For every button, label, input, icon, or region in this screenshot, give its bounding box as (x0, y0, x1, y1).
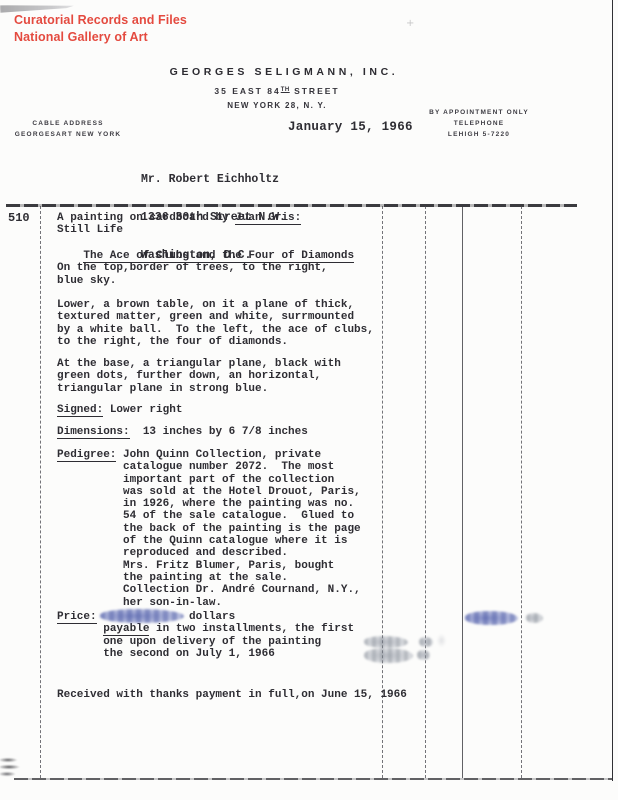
letter-date: January 15, 1966 (288, 120, 413, 134)
redaction-mark (465, 611, 518, 625)
paragraph: Lower, a brown table, on it a plane of t… (57, 299, 374, 348)
margin-lot-number: 510 (8, 211, 30, 225)
paragraph: A painting on cardboard by Juan Gris:Sti… (57, 212, 301, 237)
letterhead-company: GEORGES SELIGMANN, INC. (170, 66, 399, 78)
cable-address-block: CABLE ADDRESS GEORGESART NEW YORK (15, 119, 121, 140)
column-line-left (40, 206, 41, 778)
received-note: Received with thanks payment in full,on … (57, 689, 407, 701)
recipient-name: Mr. Robert Eichholtz (141, 174, 286, 187)
stamp-line-1: Curatorial Records and Files (14, 12, 187, 29)
redaction-mark (419, 637, 433, 647)
cable-value: GEORGESART NEW YORK (15, 130, 121, 141)
street-number: 35 EAST 84 (214, 86, 280, 96)
street-word: STREET (290, 86, 340, 96)
faint-plus-mark: + (406, 18, 414, 29)
paragraph: Pedigree: John Quinn Collection, private… (57, 449, 361, 609)
column-line-2 (425, 206, 426, 778)
paragraph: Dimensions: 13 inches by 6 7/8 inches (57, 426, 308, 438)
cable-label: CABLE ADDRESS (15, 119, 121, 130)
letterhead-street: 35 EAST 84TH STREET (214, 86, 339, 96)
scanned-letter-page: + Curatorial Records and Files National … (0, 0, 618, 800)
table-top-rule (6, 204, 577, 207)
appointment-line: BY APPOINTMENT ONLY (429, 108, 529, 119)
redaction-mark (364, 648, 413, 663)
column-line-4 (521, 206, 522, 778)
paragraph: At the base, a triangular plane, black w… (57, 358, 341, 395)
page-right-edge (612, 0, 613, 781)
street-ordinal: TH (281, 87, 290, 93)
redaction-mark (437, 634, 446, 647)
table-bottom-rule (14, 778, 612, 780)
archive-stamp: Curatorial Records and Files National Ga… (14, 12, 187, 46)
telephone-number: LEHIGH 5-7220 (429, 130, 529, 141)
paragraph: Signed: Lower right (57, 404, 182, 416)
stamp-line-2: National Gallery of Art (14, 29, 187, 46)
redaction-mark (417, 650, 430, 660)
redaction-mark (364, 636, 408, 648)
appointment-block: BY APPOINTMENT ONLY TELEPHONE LEHIGH 5-7… (429, 108, 529, 140)
letterhead-city: NEW YORK 28, N. Y. (227, 101, 327, 110)
paragraph: The Ace of Clubs and the Four of Diamond… (57, 250, 354, 287)
telephone-label: TELEPHONE (429, 119, 529, 130)
redaction-mark (526, 613, 543, 623)
column-line-3 (462, 206, 463, 778)
redaction-mark (100, 609, 184, 623)
ink-smudge-bottom-left (0, 752, 28, 780)
